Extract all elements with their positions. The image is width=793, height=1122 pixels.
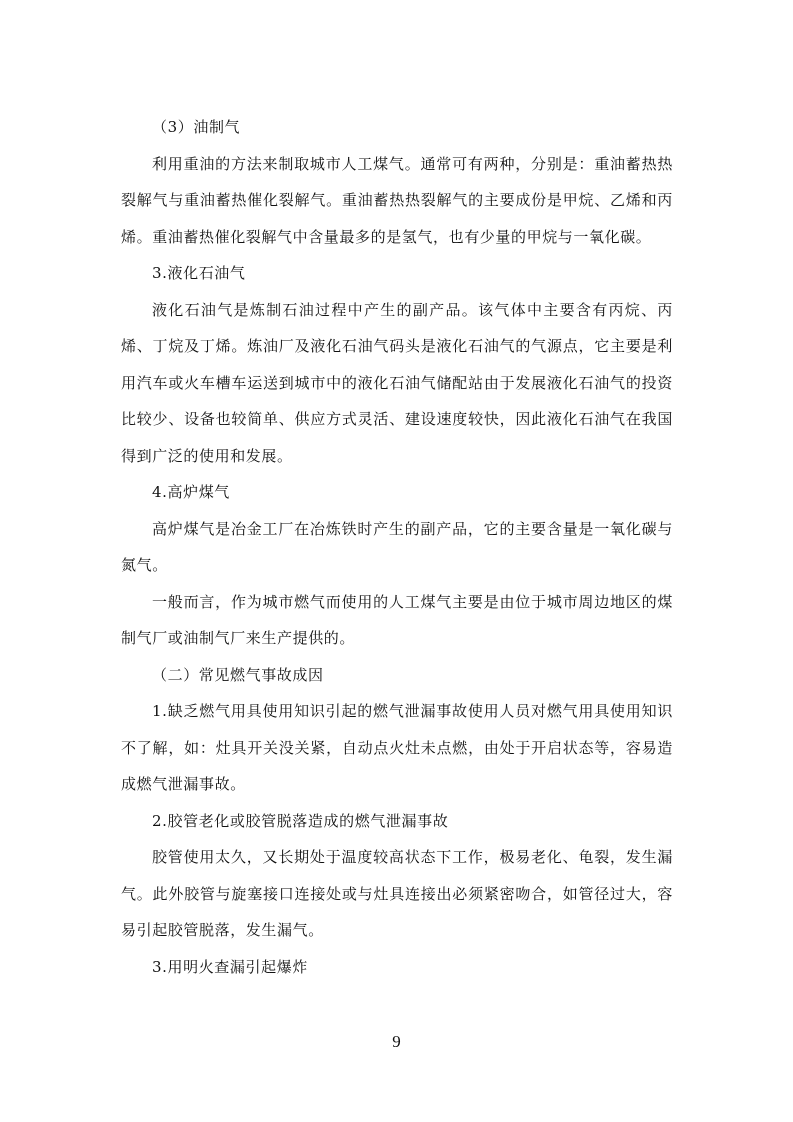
- section-heading-oil-gas: （3）油制气: [121, 109, 673, 146]
- paragraph-cause-2: 胶管使用太久，又长期处于温度较高状态下工作，极易老化、龟裂，发生漏气。此外胶管与…: [121, 839, 673, 949]
- section-heading-cause-3: 3.用明火查漏引起爆炸: [121, 949, 673, 986]
- paragraph-artificial-gas-summary: 一般而言，作为城市燃气而使用的人工煤气主要是由位于城市周边地区的煤制气厂或油制气…: [121, 584, 673, 657]
- document-page: （3）油制气 利用重油的方法来制取城市人工煤气。通常可有两种，分别是：重油蓄热热…: [0, 0, 793, 1122]
- section-heading-blast-furnace-gas: 4.高炉煤气: [121, 474, 673, 511]
- paragraph-blast-furnace-gas: 高炉煤气是冶金工厂在冶炼铁时产生的副产品，它的主要含量是一氧化碳与氮气。: [121, 511, 673, 584]
- paragraph-lpg: 液化石油气是炼制石油过程中产生的副产品。该气体中主要含有丙烷、丙烯、丁烷及丁烯。…: [121, 292, 673, 475]
- page-body: （3）油制气 利用重油的方法来制取城市人工煤气。通常可有两种，分别是：重油蓄热热…: [121, 109, 673, 985]
- section-heading-accident-causes: （二）常见燃气事故成因: [121, 657, 673, 694]
- section-heading-cause-2: 2.胶管老化或胶管脱落造成的燃气泄漏事故: [121, 803, 673, 840]
- paragraph-cause-1: 1.缺乏燃气用具使用知识引起的燃气泄漏事故使用人员对燃气用具使用知识不了解，如：…: [121, 693, 673, 803]
- page-number: 9: [0, 1032, 793, 1052]
- paragraph-oil-gas: 利用重油的方法来制取城市人工煤气。通常可有两种，分别是：重油蓄热热裂解气与重油蓄…: [121, 146, 673, 256]
- section-heading-lpg: 3.液化石油气: [121, 255, 673, 292]
